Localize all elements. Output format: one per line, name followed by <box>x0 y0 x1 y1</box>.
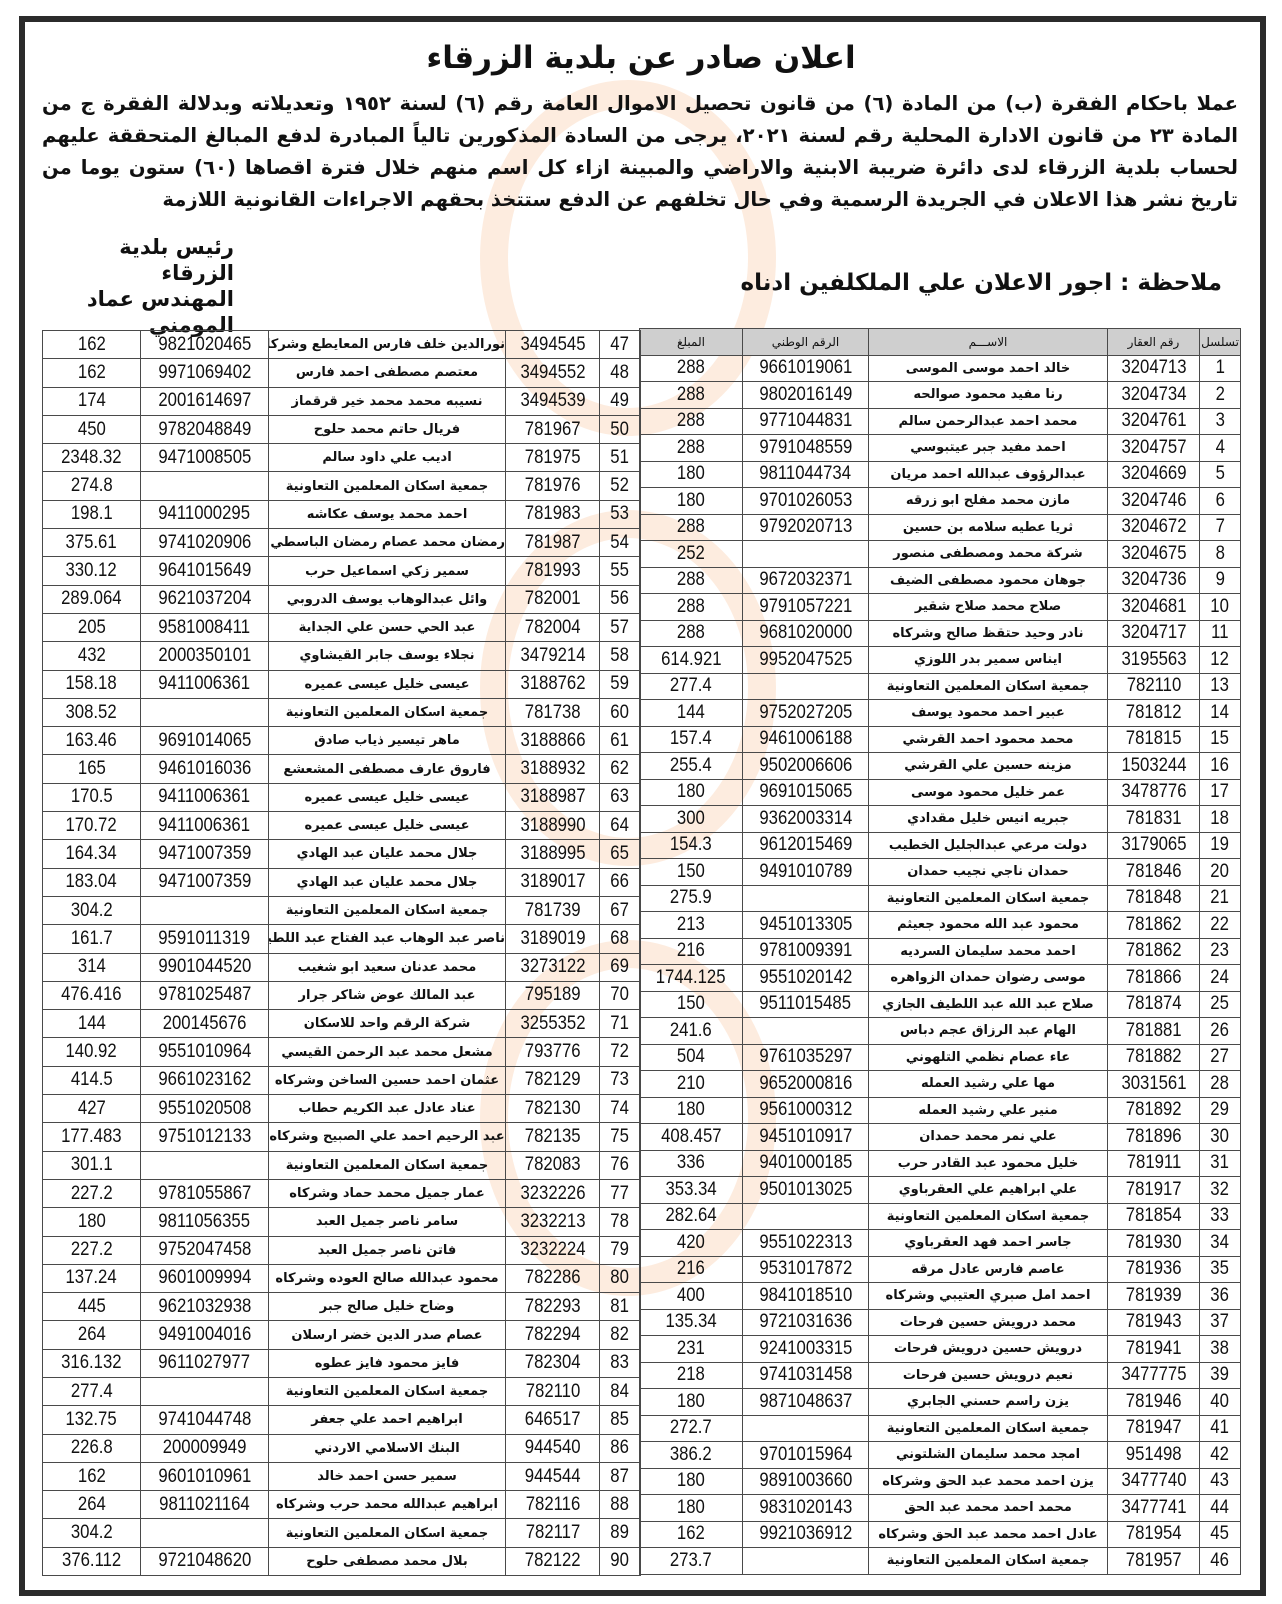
cell-name-text: محمد احمد محمد عبد الحق <box>904 1500 1072 1515</box>
cell-amount-text: 427 <box>78 1098 106 1120</box>
cell-amount-text: 314 <box>78 956 106 978</box>
cell-amount: 216 <box>640 1256 743 1283</box>
cell-property-no: 782117 <box>506 1519 600 1547</box>
table-row: 89782117جمعية اسكان المعلمين التعاونية30… <box>43 1519 641 1547</box>
cell-name-text: جمعية اسكان المعلمين التعاونية <box>887 1553 1089 1568</box>
cell-amount: 162 <box>640 1521 743 1548</box>
cell-name: جلال محمد عليان عبد الهادي <box>269 840 506 868</box>
cell-property-no: 3031561 <box>1108 1071 1200 1098</box>
table-row: 53204669عبدالرؤوف عبدالله احمد مريان9811… <box>640 461 1241 488</box>
cell-serial: 85 <box>600 1406 641 1434</box>
cell-amount: 216 <box>640 938 743 965</box>
cell-national-id: 9781055867 <box>141 1179 269 1207</box>
cell-amount-text: 216 <box>677 1258 705 1280</box>
table-row: 793232224فاتن ناصر جميل العبد97520474582… <box>43 1236 641 1264</box>
table-row: 23204734رنا مفيد محمود صوالحه98020161492… <box>640 382 1241 409</box>
debtors-table-left: 473494545نورالدين خلف فارس المعايطع وشرك… <box>42 330 641 1576</box>
cell-national-id: 9491004016 <box>141 1321 269 1349</box>
cell-name-text: صلاح محمد صلاح شقير <box>915 599 1061 614</box>
cell-name-text: جمعية اسكان المعلمين التعاونية <box>286 705 488 720</box>
cell-property-no: 781866 <box>1108 965 1200 992</box>
cell-name-text: فاتن ناصر جميل العبد <box>318 1243 456 1258</box>
cell-amount: 408.457 <box>640 1124 743 1151</box>
cell-amount: 375.61 <box>43 529 141 557</box>
cell-national-id-text: 9461016036 <box>158 758 251 780</box>
cell-property-no-text: 646517 <box>525 1409 581 1431</box>
cell-amount: 255.4 <box>640 753 743 780</box>
cell-serial: 28 <box>1200 1071 1241 1098</box>
cell-property-no-text: 3204757 <box>1121 437 1186 459</box>
cell-serial: 33 <box>1200 1203 1241 1230</box>
cell-name-text: سمير حسن احمد خالد <box>317 1469 456 1484</box>
cell-serial: 70 <box>600 981 641 1009</box>
cell-national-id: 9411006361 <box>141 783 269 811</box>
cell-name: مها علي رشيد العمله <box>869 1071 1108 1098</box>
cell-property-no-text: 944544 <box>525 1466 581 1488</box>
cell-serial-text: 11 <box>1211 622 1228 644</box>
cell-serial: 46 <box>1200 1548 1241 1575</box>
cell-name-text: عاصم فارس عادل مرقه <box>911 1262 1064 1277</box>
cell-property-no: 781881 <box>1108 1018 1200 1045</box>
table-row: 26781881الهام عبد الرزاق عجم دباس241.6 <box>640 1018 1241 1045</box>
cell-property-no: 782083 <box>506 1151 600 1179</box>
cell-name: نعيم درويش حسين فرحات <box>869 1362 1108 1389</box>
cell-amount: 420 <box>640 1230 743 1257</box>
cell-property-no: 3477740 <box>1108 1468 1200 1495</box>
cell-name: نورالدين خلف فارس المعايطع وشركاه <box>269 331 506 359</box>
cell-national-id: 9802016149 <box>743 382 869 409</box>
cell-national-id-text: 9691015065 <box>759 781 852 803</box>
cell-property-no: 781983 <box>506 500 600 528</box>
cell-property-no: 3232224 <box>506 1236 600 1264</box>
cell-serial: 83 <box>600 1349 641 1377</box>
cell-property-no-text: 3204736 <box>1121 569 1186 591</box>
cell-property-no-text: 3031561 <box>1121 1073 1186 1095</box>
cell-property-no-text: 781983 <box>525 503 581 525</box>
cell-name-text: سمير زكي اسماعيل حرب <box>305 564 469 579</box>
cell-national-id: 9411000295 <box>141 500 269 528</box>
cell-amount: 308.52 <box>43 698 141 726</box>
cell-name: نسيبه محمد محمد خير قرقماز <box>269 387 506 415</box>
cell-national-id-text: 9811056355 <box>159 1211 251 1233</box>
cell-serial-text: 50 <box>611 419 630 441</box>
cell-serial-text: 72 <box>611 1041 630 1063</box>
cell-name-text: ابراهيم عبدالله محمد حرب وشركاه <box>276 1497 498 1512</box>
table-row: 87944544سمير حسن احمد خالد9601010961162 <box>43 1462 641 1490</box>
cell-name-text: اديب علي داود سالم <box>322 450 451 465</box>
cell-property-no-text: 951498 <box>1126 1444 1182 1466</box>
cell-national-id-text: 9641015649 <box>158 560 251 582</box>
cell-serial: 18 <box>1200 806 1241 833</box>
cell-amount: 252 <box>640 541 743 568</box>
cell-serial: 1 <box>1200 355 1241 382</box>
cell-serial: 54 <box>600 529 641 557</box>
table-row: 63204746مازن محمد مفلح ابو زرقه970102605… <box>640 488 1241 515</box>
cell-name: صلاح عبد الله عبد اللطيف الجازي <box>869 991 1108 1018</box>
cell-amount-text: 163.46 <box>66 730 117 752</box>
cell-national-id: 9771044831 <box>743 408 869 435</box>
cell-national-id: 9781025487 <box>141 981 269 1009</box>
cell-property-no-text: 781848 <box>1126 887 1182 909</box>
cell-national-id-text: 9551022313 <box>759 1232 852 1254</box>
cell-amount-text: 252 <box>677 543 705 565</box>
cell-name-text: نسيبه محمد محمد خير قرقماز <box>292 394 483 409</box>
cell-property-no-text: 782304 <box>525 1352 581 1374</box>
cell-national-id-text: 9782048849 <box>158 419 251 441</box>
cell-property-no-text: 944540 <box>525 1437 581 1459</box>
cell-amount-text: 288 <box>677 622 705 644</box>
cell-serial: 16 <box>1200 753 1241 780</box>
cell-amount-text: 375.61 <box>66 532 117 554</box>
cell-property-no-text: 3179065 <box>1121 834 1186 856</box>
cell-serial: 71 <box>600 1010 641 1038</box>
cell-national-id: 9641015649 <box>141 557 269 585</box>
cell-serial: 30 <box>1200 1124 1241 1151</box>
table-row: 32781917علي ابراهيم علي العقرباوي9501013… <box>640 1177 1241 1204</box>
cell-property-no-text: 3273122 <box>520 956 585 978</box>
cell-name: وائل عبدالوهاب يوسف الدروبي <box>269 585 506 613</box>
cell-national-id: 9782048849 <box>141 415 269 443</box>
cell-serial-text: 81 <box>611 1296 630 1318</box>
cell-national-id: 9741044748 <box>141 1406 269 1434</box>
cell-serial-text: 5 <box>1215 463 1224 485</box>
cell-name: نجلاء يوسف جابر القيشاوي <box>269 642 506 670</box>
cell-serial: 12 <box>1200 647 1241 674</box>
cell-name-text: شركة محمد ومصطفى منصور <box>893 546 1082 561</box>
cell-amount-text: 137.24 <box>66 1267 117 1289</box>
cell-serial-text: 46 <box>1211 1550 1230 1572</box>
cell-serial: 52 <box>600 472 641 500</box>
cell-national-id-text: 9501013025 <box>759 1179 852 1201</box>
cell-serial: 67 <box>600 896 641 924</box>
cell-national-id-text: 9771044831 <box>759 410 852 432</box>
cell-property-no-text: 3478776 <box>1121 781 1186 803</box>
cell-national-id-text: 9741020906 <box>158 532 251 554</box>
cell-amount: 227.2 <box>43 1236 141 1264</box>
cell-amount-text: 226.8 <box>71 1437 113 1459</box>
cell-amount: 445 <box>43 1293 141 1321</box>
cell-name: محمود عبدالله صالح العوده وشركاه <box>269 1264 506 1292</box>
cell-property-no-text: 781976 <box>525 475 581 497</box>
cell-property-no-text: 781939 <box>1126 1285 1182 1307</box>
cell-property-no-text: 781882 <box>1126 1046 1182 1068</box>
cell-name: شركة محمد ومصطفى منصور <box>869 541 1108 568</box>
cell-amount: 157.4 <box>640 726 743 753</box>
cell-serial-text: 14 <box>1211 702 1230 724</box>
cell-serial-text: 26 <box>1211 1020 1230 1042</box>
header-amount: المبلغ <box>640 329 743 356</box>
table-row: 18781831جبريه انيس خليل مقدادي9362003314… <box>640 806 1241 833</box>
table-row: 613188866ماهر تيسير ذياب صادق96910140651… <box>43 727 641 755</box>
cell-serial-text: 48 <box>611 362 630 384</box>
cell-amount: 314 <box>43 953 141 981</box>
cell-property-no-text: 3494552 <box>520 362 585 384</box>
table-row: 82782294عصام صدر الدين خضر ارسلان9491004… <box>43 1321 641 1349</box>
cell-national-id-text: 9971069402 <box>158 362 251 384</box>
cell-property-no-text: 782294 <box>525 1324 581 1346</box>
cell-amount-text: 170.72 <box>66 815 117 837</box>
cell-serial: 88 <box>600 1491 641 1519</box>
cell-amount-text: 177.483 <box>61 1126 121 1148</box>
cell-amount-text: 180 <box>677 1497 705 1519</box>
cell-national-id-text: 2000350101 <box>158 645 251 667</box>
cell-amount-text: 282.64 <box>665 1205 716 1227</box>
cell-serial-text: 30 <box>1211 1126 1230 1148</box>
cell-name: سمير حسن احمد خالد <box>269 1462 506 1490</box>
cell-national-id: 9811044734 <box>743 461 869 488</box>
cell-national-id: 9551010964 <box>141 1038 269 1066</box>
cell-national-id <box>141 896 269 924</box>
cell-property-no-text: 1503244 <box>1121 755 1186 777</box>
cell-amount: 162 <box>43 331 141 359</box>
cell-amount-text: 174 <box>78 390 106 412</box>
cell-property-no: 3477741 <box>1108 1495 1200 1522</box>
cell-name: عبد الرحيم احمد علي الصبيح وشركاه <box>269 1123 506 1151</box>
cell-property-no-text: 781874 <box>1126 993 1182 1015</box>
cell-national-id: 9672032371 <box>743 567 869 594</box>
cell-property-no: 781936 <box>1108 1256 1200 1283</box>
cell-amount-text: 132.75 <box>66 1409 117 1431</box>
table-row: 51781975اديب علي داود سالم94710085052348… <box>43 444 641 472</box>
cell-amount-text: 504 <box>677 1046 705 1068</box>
cell-national-id: 9751012133 <box>141 1123 269 1151</box>
cell-name: عناد عادل عبد الكريم حطاب <box>269 1095 506 1123</box>
cell-name-text: فايز محمود فايز عطوه <box>315 1356 460 1371</box>
cell-property-no-text: 781854 <box>1126 1205 1182 1227</box>
cell-property-no: 781862 <box>1108 938 1200 965</box>
cell-national-id-text: 9531017872 <box>759 1258 852 1280</box>
cell-amount-text: 198.1 <box>71 503 113 525</box>
table-row: 35781936عاصم فارس عادل مرقه9531017872216 <box>640 1256 1241 1283</box>
cell-serial-text: 33 <box>1211 1205 1230 1227</box>
cell-amount: 161.7 <box>43 925 141 953</box>
cell-national-id <box>743 1203 869 1230</box>
cell-serial: 86 <box>600 1434 641 1462</box>
cell-amount-text: 180 <box>677 1391 705 1413</box>
table-row: 193179065دولت مرعي عبدالجليل الخطيب96120… <box>640 832 1241 859</box>
cell-amount-text: 150 <box>677 861 705 883</box>
table-row: 25781874صلاح عبد الله عبد اللطيف الجازي9… <box>640 991 1241 1018</box>
cell-amount-text: 386.2 <box>670 1444 712 1466</box>
cell-property-no-text: 781917 <box>1126 1179 1182 1201</box>
cell-serial: 49 <box>600 387 641 415</box>
cell-amount: 163.46 <box>43 727 141 755</box>
cell-name-text: جمعية اسكان المعلمين التعاونية <box>887 1209 1089 1224</box>
cell-national-id-text: 9551010964 <box>158 1041 251 1063</box>
cell-amount-text: 227.2 <box>71 1183 113 1205</box>
table-row: 88782116ابراهيم عبدالله محمد حرب وشركاه9… <box>43 1491 641 1519</box>
cell-property-no: 781987 <box>506 529 600 557</box>
cell-property-no-text: 3204734 <box>1121 384 1186 406</box>
cell-serial: 10 <box>1200 594 1241 621</box>
cell-national-id: 9502006606 <box>743 753 869 780</box>
table-row: 38781941درويش حسين درويش فرحات9241003315… <box>640 1336 1241 1363</box>
cell-amount: 264 <box>43 1321 141 1349</box>
table-row: 41781947جمعية اسكان المعلمين التعاونية27… <box>640 1415 1241 1442</box>
cell-name: جمعية اسكان المعلمين التعاونية <box>269 1377 506 1405</box>
cell-serial: 90 <box>600 1547 641 1575</box>
cell-property-no: 3204746 <box>1108 488 1200 515</box>
cell-property-no: 782130 <box>506 1095 600 1123</box>
cell-amount-text: 336 <box>677 1152 705 1174</box>
cell-name-text: ابراهيم احمد علي جعفر <box>311 1412 463 1427</box>
cell-serial: 55 <box>600 557 641 585</box>
cell-serial-text: 25 <box>1211 993 1230 1015</box>
cell-property-no: 782286 <box>506 1264 600 1292</box>
table-row: 20781846حمدان ناجي نجيب حمدان94910107891… <box>640 859 1241 886</box>
cell-national-id: 9551020508 <box>141 1095 269 1123</box>
cell-property-no-text: 782122 <box>525 1550 581 1572</box>
cell-amount: 198.1 <box>43 500 141 528</box>
cell-serial: 76 <box>600 1151 641 1179</box>
cell-name-text: عبير احمد محمود يوسف <box>911 705 1064 720</box>
cell-serial-text: 49 <box>611 390 630 412</box>
cell-serial-text: 41 <box>1211 1417 1230 1439</box>
cell-property-no: 781812 <box>1108 700 1200 727</box>
cell-amount: 264 <box>43 1491 141 1519</box>
table-row: 85646517ابراهيم احمد علي جعفر97410447481… <box>43 1406 641 1434</box>
cell-amount-text: 414.5 <box>71 1069 113 1091</box>
cell-national-id-text: 9511015485 <box>760 993 852 1015</box>
cell-amount-text: 162 <box>78 362 106 384</box>
cell-property-no-text: 781812 <box>1126 702 1182 724</box>
cell-name: بلال محمد مصطفى حلوح <box>269 1547 506 1575</box>
cell-name: ايناس سمير بدر اللوزي <box>869 647 1108 674</box>
cell-serial: 75 <box>600 1123 641 1151</box>
cell-national-id: 9362003314 <box>743 806 869 833</box>
cell-amount: 174 <box>43 387 141 415</box>
signature-block: رئيس بلدية الزرقاء المهندس عماد المومني <box>44 234 234 338</box>
cell-serial: 8 <box>1200 541 1241 568</box>
cell-amount: 273.7 <box>640 1548 743 1575</box>
cell-name: محمد احمد عبدالرحمن سالم <box>869 408 1108 435</box>
cell-property-no-text: 781987 <box>525 532 581 554</box>
cell-amount-text: 273.7 <box>670 1550 712 1572</box>
cell-amount: 144 <box>640 700 743 727</box>
table-row: 693273122محمد عدنان سعيد ابو شغيب9901044… <box>43 953 641 981</box>
signature-title: رئيس بلدية الزرقاء <box>44 234 234 286</box>
table-row: 33204761محمد احمد عبدالرحمن سالم97710448… <box>640 408 1241 435</box>
cell-national-id: 9451013305 <box>743 912 869 939</box>
cell-national-id-text: 9621037204 <box>158 588 251 610</box>
cell-property-no: 3189019 <box>506 925 600 953</box>
cell-property-no-text: 3255352 <box>520 1013 585 1035</box>
table-row: 14781812عبير احمد محمود يوسف975202720514… <box>640 700 1241 727</box>
table-row: 161503244مزينه حسين علي القرشي9502006606… <box>640 753 1241 780</box>
cell-serial-text: 15 <box>1211 728 1230 750</box>
cell-amount: 165 <box>43 755 141 783</box>
table-row: 80782286محمود عبدالله صالح العوده وشركاه… <box>43 1264 641 1292</box>
cell-name-text: دولت مرعي عبدالجليل الخطيب <box>889 838 1087 853</box>
cell-serial-text: 13 <box>1211 675 1230 697</box>
cell-name: عمر خليل محمود موسى <box>869 779 1108 806</box>
cell-name-text: نورالدين خلف فارس المعايطع وشركاه <box>269 337 506 352</box>
cell-national-id: 9561000312 <box>743 1097 869 1124</box>
cell-national-id-text: 9791048559 <box>759 437 852 459</box>
cell-amount-text: 288 <box>677 357 705 379</box>
table-row: 24781866موسى رضوان حمدان الزواهره9551020… <box>640 965 1241 992</box>
cell-amount-text: 135.34 <box>665 1311 716 1333</box>
cell-name: احمد محمد سليمان السرديه <box>869 938 1108 965</box>
cell-national-id-text: 9411006361 <box>159 815 251 837</box>
cell-name-text: محمود عبدالله صالح العوده وشركاه <box>275 1271 498 1286</box>
cell-national-id-text: 2001614697 <box>158 390 251 412</box>
cell-amount-text: 180 <box>677 1470 705 1492</box>
cell-name-text: احمد محمد سليمان السرديه <box>900 944 1075 959</box>
cell-national-id: 9952047525 <box>743 647 869 674</box>
cell-name-text: رمضان محمد عصام رمضان الباسطي وشركاه <box>269 535 506 550</box>
cell-amount-text: 255.4 <box>670 755 712 777</box>
cell-name: جبريه انيس خليل مقدادي <box>869 806 1108 833</box>
cell-name: دولت مرعي عبدالجليل الخطيب <box>869 832 1108 859</box>
cell-serial: 6 <box>1200 488 1241 515</box>
table-row: 643188990عيسى خليل عيسى عميره94110063611… <box>43 812 641 840</box>
cell-name-text: عمار جميل محمد حماد وشركاه <box>289 1186 484 1201</box>
cell-name: عبد الحي حسن علي الجداية <box>269 613 506 641</box>
cell-amount-text: 154.3 <box>670 834 712 856</box>
cell-national-id-text: 9891003660 <box>759 1470 852 1492</box>
cell-property-no-text: 782001 <box>525 588 581 610</box>
cell-name: محمود عبد الله محمود جعيثم <box>869 912 1108 939</box>
cell-amount-text: 164.34 <box>66 843 117 865</box>
cell-amount: 288 <box>640 594 743 621</box>
cell-name: سمير زكي اسماعيل حرب <box>269 557 506 585</box>
cell-name-text: محمد محمود احمد القرشي <box>903 732 1074 747</box>
cell-national-id <box>141 472 269 500</box>
cell-serial: 26 <box>1200 1018 1241 1045</box>
cell-national-id-text: 9502006606 <box>759 755 852 777</box>
cell-name-text: جلال محمد عليان عبد الهادي <box>297 846 478 861</box>
cell-national-id: 9811056355 <box>141 1208 269 1236</box>
cell-national-id-text: 9781025487 <box>158 984 251 1006</box>
cell-amount-text: 408.457 <box>661 1126 721 1148</box>
cell-name: يزن راسم حسني الجابري <box>869 1389 1108 1416</box>
cell-property-no: 782122 <box>506 1547 600 1575</box>
cell-name: فايز محمود فايز عطوه <box>269 1349 506 1377</box>
cell-name: عصام صدر الدين خضر ارسلان <box>269 1321 506 1349</box>
table-row: 683189019ناصر عبد الوهاب عبد الفتاح عبد … <box>43 925 641 953</box>
cell-amount: 414.5 <box>43 1066 141 1094</box>
cell-name-text: جمعية اسكان المعلمين التعاونية <box>286 903 488 918</box>
cell-name-text: محمود عبد الله محمود جعيثم <box>897 917 1079 932</box>
cell-property-no-text: 781862 <box>1126 940 1182 962</box>
cell-name-text: سامر ناصر جميل العبد <box>316 1214 458 1229</box>
cell-serial: 81 <box>600 1293 641 1321</box>
cell-national-id <box>743 673 869 700</box>
cell-name: امجد محمد سليمان الشلتوني <box>869 1442 1108 1469</box>
cell-amount-text: 445 <box>78 1296 106 1318</box>
cell-property-no-text: 3204761 <box>1121 410 1186 432</box>
cell-serial-text: 45 <box>1211 1523 1230 1545</box>
cell-national-id-text: 9721048620 <box>158 1550 251 1572</box>
cell-name: منير علي رشيد العمله <box>869 1097 1108 1124</box>
cell-property-no: 951498 <box>1108 1442 1200 1469</box>
cell-amount: 2348.32 <box>43 444 141 472</box>
cell-property-no: 781917 <box>1108 1177 1200 1204</box>
cell-serial: 3 <box>1200 408 1241 435</box>
cell-national-id: 9921036912 <box>743 1521 869 1548</box>
cell-national-id: 9901044520 <box>141 953 269 981</box>
cell-name: جمعية اسكان المعلمين التعاونية <box>869 1415 1108 1442</box>
cell-name: محمد درويش حسين فرحات <box>869 1309 1108 1336</box>
cell-serial: 25 <box>1200 991 1241 1018</box>
cell-serial-text: 42 <box>1211 1444 1230 1466</box>
cell-name: رمضان محمد عصام رمضان الباسطي وشركاه <box>269 529 506 557</box>
table-row: 90782122بلال محمد مصطفى حلوح972104862037… <box>43 1547 641 1575</box>
cell-property-no-text: 781866 <box>1126 967 1182 989</box>
cell-property-no: 781993 <box>506 557 600 585</box>
cell-national-id-text: 9411000295 <box>159 503 251 525</box>
